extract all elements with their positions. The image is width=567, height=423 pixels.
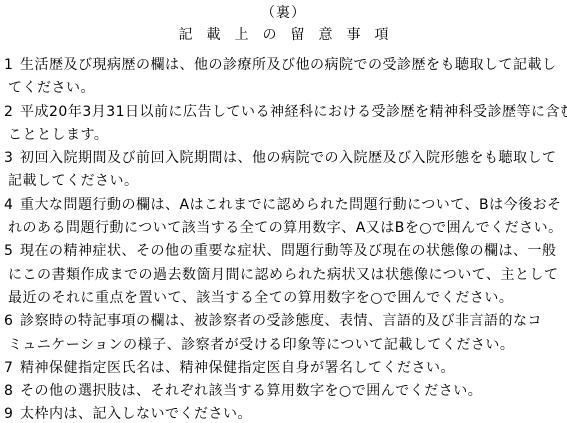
- item-text: その他の選択肢は、それぞれ該当する算用数字を○で囲んでください。: [20, 383, 482, 399]
- item-number: 3: [4, 147, 20, 170]
- item-text: 太枠内は、記入しないでください。: [20, 406, 252, 422]
- item-line: 6診察時の特記事項の欄は、被診察者の受診態度、表情、言語的及び非言語的なコ: [0, 310, 567, 333]
- item-line: 7精神保健指定医氏名は、精神保健指定医自身が署名してください。: [0, 357, 567, 380]
- item-text: 生活歴及び現病歴の欄は、他の診療所及び他の病院での受診歴をも聴取して記載し: [20, 57, 557, 73]
- note-item-1: 1生活歴及び現病歴の欄は、他の診療所及び他の病院での受診歴をも聴取して記載し て…: [0, 54, 567, 101]
- item-line: てください。: [0, 77, 567, 100]
- item-text: 診察時の特記事項の欄は、被診察者の受診態度、表情、言語的及び非言語的なコ: [20, 313, 542, 329]
- note-item-8: 8その他の選択肢は、それぞれ該当する算用数字を○で囲んでください。: [0, 380, 567, 403]
- note-item-5: 5現在の精神症状、その他の重要な症状、問題行動等及び現在の状態像の欄は、一般 に…: [0, 240, 567, 310]
- item-text: 初回入院期間及び前回入院期間は、他の病院での入院歴及び入院形態をも聴取して: [20, 150, 557, 166]
- item-number: 5: [4, 240, 20, 263]
- item-text: 精神保健指定医氏名は、精神保健指定医自身が署名してください。: [20, 360, 455, 376]
- side-label: （裏）: [0, 5, 567, 22]
- item-number: 2: [4, 101, 20, 124]
- item-line: こととします。: [0, 124, 567, 147]
- item-line: 記載してください。: [0, 170, 567, 193]
- item-number: 6: [4, 310, 20, 333]
- item-number: 8: [4, 380, 20, 403]
- item-line: 3初回入院期間及び前回入院期間は、他の病院での入院歴及び入院形態をも聴取して: [0, 147, 567, 170]
- note-item-3: 3初回入院期間及び前回入院期間は、他の病院での入院歴及び入院形態をも聴取して 記…: [0, 147, 567, 194]
- item-number: 7: [4, 357, 20, 380]
- item-line: にこの書類作成までの過去数箇月間に認められた病状又は状態像について、主として: [0, 264, 567, 287]
- item-number: 1: [4, 54, 20, 77]
- item-line: れのある問題行動について該当する全ての算用数字、A又はBを○で囲んでください。: [0, 217, 567, 240]
- item-number: 4: [4, 194, 20, 217]
- item-line: 9太枠内は、記入しないでください。: [0, 403, 567, 423]
- note-item-7: 7精神保健指定医氏名は、精神保健指定医自身が署名してください。: [0, 357, 567, 380]
- note-item-4: 4重大な問題行動の欄は、Aはこれまでに認められた問題行動について、Bは今後おそ …: [0, 194, 567, 241]
- item-text: 重大な問題行動の欄は、Aはこれまでに認められた問題行動について、Bは今後おそ: [20, 197, 562, 213]
- item-line: 4重大な問題行動の欄は、Aはこれまでに認められた問題行動について、Bは今後おそ: [0, 194, 567, 217]
- item-text: 現在の精神症状、その他の重要な症状、問題行動等及び現在の状態像の欄は、一般: [20, 243, 557, 259]
- page-title: 記 載 上 の 留 意 事 項: [0, 27, 567, 44]
- item-line: 8その他の選択肢は、それぞれ該当する算用数字を○で囲んでください。: [0, 380, 567, 403]
- note-item-6: 6診察時の特記事項の欄は、被診察者の受診態度、表情、言語的及び非言語的なコ ミュ…: [0, 310, 567, 357]
- document-page: （裏） 記 載 上 の 留 意 事 項 1生活歴及び現病歴の欄は、他の診療所及び…: [0, 0, 567, 423]
- item-number: 9: [4, 403, 20, 423]
- note-item-9: 9太枠内は、記入しないでください。: [0, 403, 567, 423]
- item-line: 5現在の精神症状、その他の重要な症状、問題行動等及び現在の状態像の欄は、一般: [0, 240, 567, 263]
- item-text: 平成20年3月31日以前に広告している神経科における受診歴を精神科受診歴等に含む: [20, 104, 567, 120]
- item-line: 最近のそれに重点を置いて、該当する全ての算用数字を○で囲んでください。: [0, 287, 567, 310]
- notes-list: 1生活歴及び現病歴の欄は、他の診療所及び他の病院での受診歴をも聴取して記載し て…: [0, 54, 567, 423]
- item-line: 1生活歴及び現病歴の欄は、他の診療所及び他の病院での受診歴をも聴取して記載し: [0, 54, 567, 77]
- note-item-2: 2平成20年3月31日以前に広告している神経科における受診歴を精神科受診歴等に含…: [0, 101, 567, 148]
- item-line: 2平成20年3月31日以前に広告している神経科における受診歴を精神科受診歴等に含…: [0, 101, 567, 124]
- item-line: ミュニケーションの様子、診察者が受ける印象等について記載してください。: [0, 334, 567, 357]
